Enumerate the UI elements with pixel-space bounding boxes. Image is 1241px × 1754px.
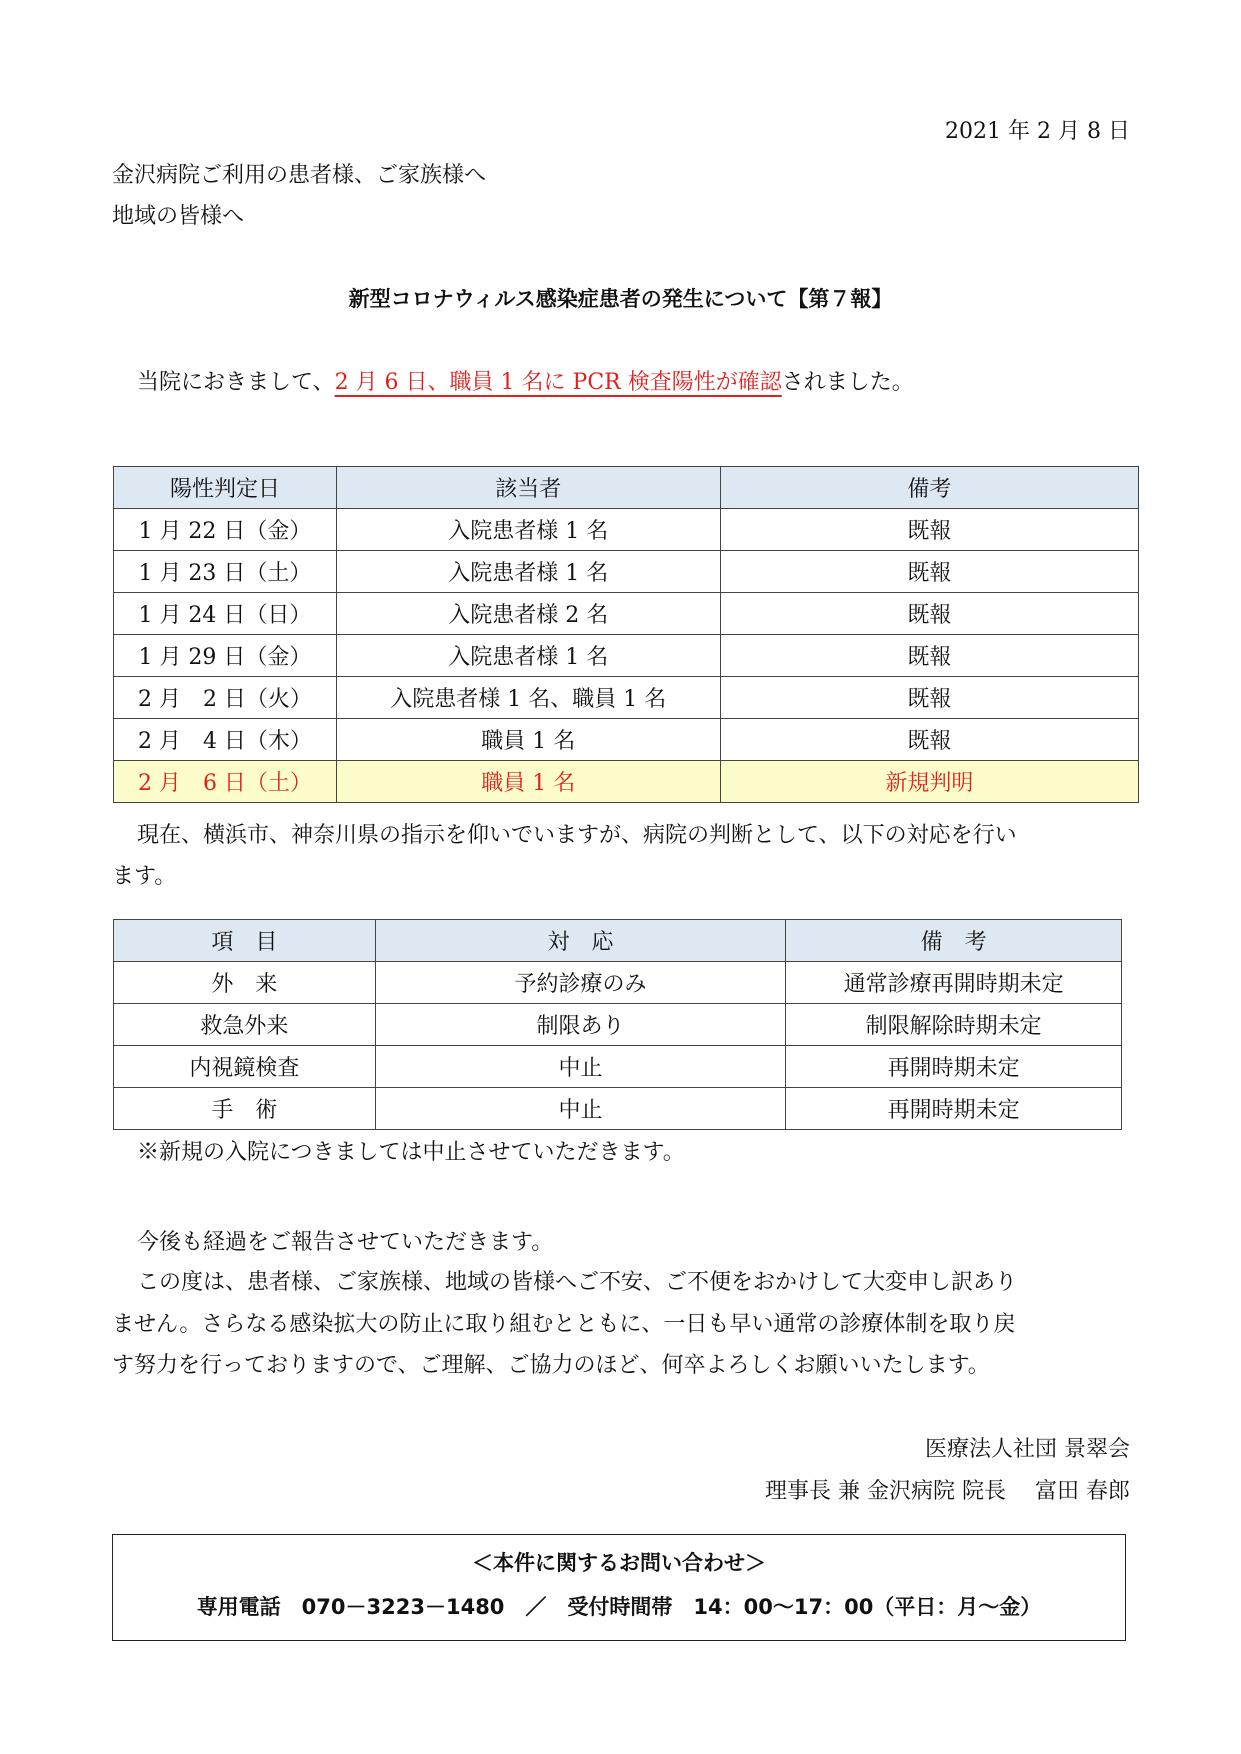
closing-paragraph-2-line-1: この度は、患者様、ご家族様、地域の皆様へご不安、ご不便をおかけして大変申し訳あり: [137, 1267, 1017, 1299]
cell-note: 既報: [720, 593, 1138, 635]
closing-paragraph-1: 今後も経過をご報告させていただきます。: [137, 1227, 553, 1259]
lead-prefix: 当院におきまして、: [137, 370, 335, 395]
admission-note: ※新規の入院につきましては中止させていただきます。: [137, 1137, 685, 1169]
cell-note: 通常診療再開時期未定: [786, 962, 1122, 1004]
cell-action: 予約診療のみ: [375, 962, 785, 1004]
header-note: 備 考: [786, 920, 1122, 962]
cell-person: 職員 1 名: [336, 719, 720, 761]
table-row: 2 月 2 日（火） 入院患者様 1 名、職員 1 名 既報: [114, 677, 1139, 719]
table-row: 1 月 29 日（金） 入院患者様 1 名 既報: [114, 635, 1139, 677]
cell-note: 制限解除時期未定: [786, 1004, 1122, 1046]
response-table: 項 目 対 応 備 考 外 来 予約診療のみ 通常診療再開時期未定 救急外来 制…: [113, 919, 1122, 1130]
header-person: 該当者: [336, 467, 720, 509]
cell-note: 既報: [720, 635, 1138, 677]
cell-note: 既報: [720, 719, 1138, 761]
cell-action: 制限あり: [375, 1004, 785, 1046]
table-row: 救急外来 制限あり 制限解除時期未定: [114, 1004, 1122, 1046]
cell-date: 2 月 4 日（木）: [114, 719, 337, 761]
contact-title: ＜本件に関するお問い合わせ＞: [113, 1547, 1125, 1577]
response-intro-line-2: ます。: [112, 861, 176, 893]
cell-item: 手 術: [114, 1088, 376, 1130]
cell-date: 1 月 23 日（土）: [114, 551, 337, 593]
header-date: 陽性判定日: [114, 467, 337, 509]
cell-note: 既報: [720, 509, 1138, 551]
closing-paragraph-2-line-3: す努力を行っておりますので、ご理解、ご協力のほど、何卒よろしくお願いいたします。: [112, 1350, 990, 1382]
cell-item: 外 来: [114, 962, 376, 1004]
addressee-line-1: 金沢病院ご利用の患者様、ご家族様へ: [112, 160, 486, 192]
table-row: 外 来 予約診療のみ 通常診療再開時期未定: [114, 962, 1122, 1004]
cases-table: 陽性判定日 該当者 備考 1 月 22 日（金） 入院患者様 1 名 既報 1 …: [113, 466, 1139, 803]
cell-note: 再開時期未定: [786, 1088, 1122, 1130]
cell-person: 入院患者様 1 名: [336, 551, 720, 593]
cell-item: 救急外来: [114, 1004, 376, 1046]
document-date: 2021 年 2 月 8 日: [945, 116, 1130, 148]
cell-person: 入院患者様 2 名: [336, 593, 720, 635]
table-row: 1 月 23 日（土） 入院患者様 1 名 既報: [114, 551, 1139, 593]
header-action: 対 応: [375, 920, 785, 962]
cell-date: 1 月 22 日（金）: [114, 509, 337, 551]
cell-note: 新規判明: [720, 761, 1138, 803]
table-row: 1 月 24 日（日） 入院患者様 2 名 既報: [114, 593, 1139, 635]
cell-date: 2 月 2 日（火）: [114, 677, 337, 719]
header-item: 項 目: [114, 920, 376, 962]
table-row-new-case: 2 月 6 日（土） 職員 1 名 新規判明: [114, 761, 1139, 803]
cell-date: 1 月 29 日（金）: [114, 635, 337, 677]
cell-person: 入院患者様 1 名、職員 1 名: [336, 677, 720, 719]
lead-highlight: 2 月 6 日、職員 1 名に PCR 検査陽性が確認: [335, 370, 782, 395]
signature-organization: 医療法人社団 景翠会: [925, 1434, 1130, 1466]
cell-action: 中止: [375, 1088, 785, 1130]
table-row: 2 月 4 日（木） 職員 1 名 既報: [114, 719, 1139, 761]
header-note: 備考: [720, 467, 1138, 509]
table-row: 手 術 中止 再開時期未定: [114, 1088, 1122, 1130]
document-title: 新型コロナウィルス感染症患者の発生について【第７報】: [0, 283, 1241, 315]
cell-note: 既報: [720, 551, 1138, 593]
closing-paragraph-2-line-2: ません。さらなる感染拡大の防止に取り組むとともに、一日も早い通常の診療体制を取り…: [112, 1309, 1015, 1341]
cell-item: 内視鏡検査: [114, 1046, 376, 1088]
contact-details: 専用電話 070－3223－1480 ／ 受付時間帯 14：00～17：00（平…: [113, 1591, 1125, 1621]
response-intro-line-1: 現在、横浜市、神奈川県の指示を仰いでいますが、病院の判断として、以下の対応を行い: [137, 820, 1017, 852]
lead-paragraph: 当院におきまして、2 月 6 日、職員 1 名に PCR 検査陽性が確認されまし…: [137, 367, 914, 399]
cell-person: 入院患者様 1 名: [336, 509, 720, 551]
contact-box: ＜本件に関するお問い合わせ＞ 専用電話 070－3223－1480 ／ 受付時間…: [112, 1534, 1126, 1641]
cell-note: 既報: [720, 677, 1138, 719]
cell-person: 職員 1 名: [336, 761, 720, 803]
table-row: 1 月 22 日（金） 入院患者様 1 名 既報: [114, 509, 1139, 551]
table-row: 内視鏡検査 中止 再開時期未定: [114, 1046, 1122, 1088]
addressee-line-2: 地域の皆様へ: [112, 201, 244, 233]
cell-note: 再開時期未定: [786, 1046, 1122, 1088]
cell-action: 中止: [375, 1046, 785, 1088]
cell-date: 1 月 24 日（日）: [114, 593, 337, 635]
response-table-header: 項 目 対 応 備 考: [114, 920, 1122, 962]
signature-name: 理事長 兼 金沢病院 院長 富田 春郎: [765, 1476, 1130, 1508]
cell-date: 2 月 6 日（土）: [114, 761, 337, 803]
cell-person: 入院患者様 1 名: [336, 635, 720, 677]
cases-table-header: 陽性判定日 該当者 備考: [114, 467, 1139, 509]
lead-suffix: されました。: [782, 370, 914, 395]
